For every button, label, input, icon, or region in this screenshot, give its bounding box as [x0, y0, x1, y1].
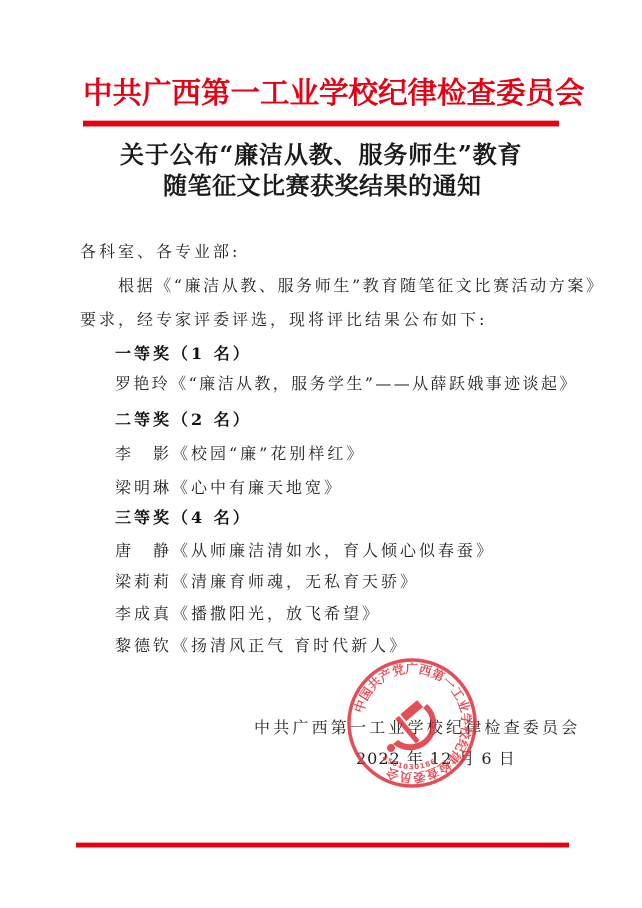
header-red-rule: [83, 121, 559, 126]
document-page: 中共广西第一工业学校纪律检查委员会 关于公布“廉洁从教、服务师生”教育 随笔征文…: [0, 0, 642, 908]
notice-title-line-2: 随笔征文比赛获奖结果的通知: [163, 171, 478, 201]
paragraph-line-1: 根据《“廉洁从教、服务师生”教育随笔征文比赛活动方案》: [118, 276, 605, 296]
notice-title-line-1: 关于公布“廉洁从教、服务师生”教育: [120, 140, 522, 170]
official-seal: 中国共产党广西第一工业学校纪律检查委员会 4501030186: [345, 656, 479, 790]
footer-red-rule: [76, 843, 569, 847]
paragraph-line-2: 要求，经专家评委评选，现将评比结果公布如下:: [80, 310, 487, 330]
salutation: 各科室、各专业部:: [80, 242, 240, 262]
winner-item: 李成真《播撒阳光，放飞希望》: [115, 604, 381, 624]
award-heading-second: 二等奖（2 名）: [115, 410, 252, 430]
organization-header: 中共广西第一工业学校纪律检查委员会: [83, 74, 559, 112]
winner-item: 梁莉莉《清廉育师魂，无私育天骄》: [115, 572, 419, 592]
award-heading-third: 三等奖（4 名）: [115, 508, 252, 528]
award-heading-first: 一等奖（1 名）: [115, 344, 252, 364]
winner-item: 罗艳玲《“廉洁从教，服务学生”——从薛跃娥事迹谈起》: [115, 374, 578, 394]
hammer-and-sickle-icon: [387, 700, 436, 752]
winner-item: 梁明琳《心中有廉天地宽》: [115, 478, 343, 498]
winner-item: 黎德钦《扬清风正气 育时代新人》: [115, 636, 408, 656]
winner-item: 唐 静《从师廉洁清如水，育人倾心似春蚕》: [115, 541, 495, 561]
winner-item: 李 影《校园“廉”花别样红》: [115, 444, 365, 464]
